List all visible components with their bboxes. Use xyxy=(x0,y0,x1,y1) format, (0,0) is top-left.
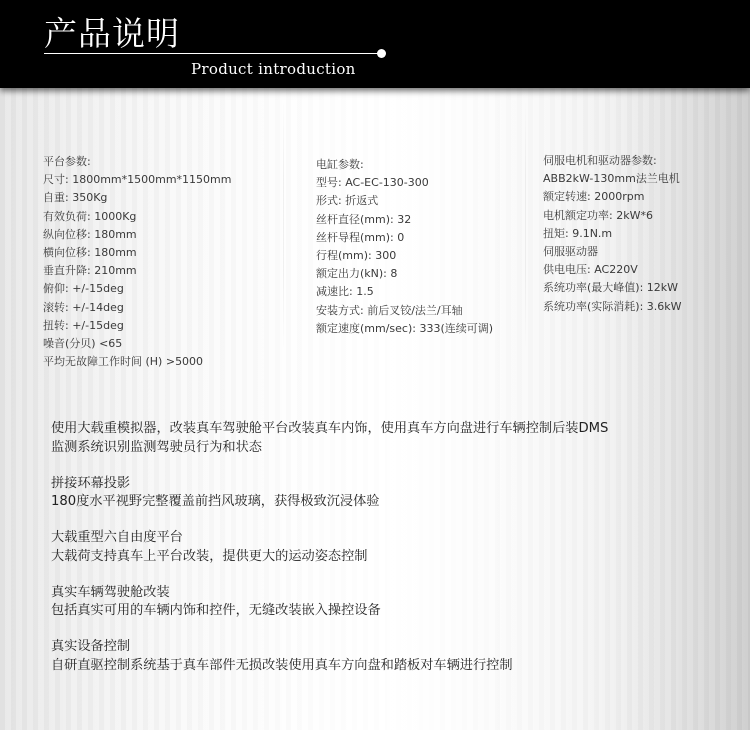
spec-heading: 电缸参数: xyxy=(316,156,493,174)
spec-item: 型号: AC-EC-130-300 xyxy=(316,174,493,192)
spec-item: 扭矩: 9.1N.m xyxy=(543,225,682,243)
feature-text: 180度水平视野完整覆盖前挡风玻璃，获得极致沉浸体验 xyxy=(51,493,608,512)
spec-item: 系统功率(实际消耗): 3.6kW xyxy=(543,298,682,316)
feature-text: 监测系统识别监测驾驶员行为和状态 xyxy=(51,439,608,458)
spec-item: 俯仰: +/-15deg xyxy=(43,280,231,298)
column-divider xyxy=(525,100,526,350)
spec-item: 尺寸: 1800mm*1500mm*1150mm xyxy=(43,171,231,189)
feature-title: 真实车辆驾驶舱改装 xyxy=(51,584,608,603)
underline-dot xyxy=(377,49,386,58)
servo-specs: 伺服电机和驱动器参数: ABB2kW-130mm法兰电机 额定转速: 2000r… xyxy=(543,152,682,316)
feature-block: 拼接环幕投影 180度水平视野完整覆盖前挡风玻璃，获得极致沉浸体验 xyxy=(51,475,608,512)
spec-item: 纵向位移: 180mm xyxy=(43,226,231,244)
column-divider xyxy=(283,100,284,350)
feature-text: 使用大载重模拟器，改装真车驾驶舱平台改装真车内饰，使用真车方向盘进行车辆控制后装… xyxy=(51,420,608,439)
title-underline xyxy=(44,53,382,54)
spec-item: 平均无故障工作时间 (H) >5000 xyxy=(43,353,231,371)
feature-block: 大载重型六自由度平台 大载荷支持真车上平台改装，提供更大的运动姿态控制 xyxy=(51,529,608,566)
spec-item: 噪音(分贝) <65 xyxy=(43,335,231,353)
spec-item: 横向位移: 180mm xyxy=(43,244,231,262)
spec-item: 额定转速: 2000rpm xyxy=(543,188,682,206)
feature-title: 真实设备控制 xyxy=(51,638,608,657)
spec-item: 减速比: 1.5 xyxy=(316,283,493,301)
feature-title: 大载重型六自由度平台 xyxy=(51,529,608,548)
spec-item: 系统功率(最大峰值): 12kW xyxy=(543,279,682,297)
feature-text: 大载荷支持真车上平台改装，提供更大的运动姿态控制 xyxy=(51,548,608,567)
header-banner: 产品说明 Product introduction xyxy=(0,0,750,88)
spec-item: 安装方式: 前后叉铰/法兰/耳轴 xyxy=(316,302,493,320)
platform-specs: 平台参数: 尺寸: 1800mm*1500mm*1150mm 自重: 350Kg… xyxy=(43,153,231,371)
actuator-specs: 电缸参数: 型号: AC-EC-130-300 形式: 折返式 丝杆直径(mm)… xyxy=(316,156,493,338)
spec-item: 电机额定功率: 2kW*6 xyxy=(543,207,682,225)
spec-item: 垂直升降: 210mm xyxy=(43,262,231,280)
spec-item: 额定速度(mm/sec): 333(连续可调) xyxy=(316,320,493,338)
spec-item: 伺服驱动器 xyxy=(543,243,682,261)
feature-text: 自研直驱控制系统基于真车部件无损改装使用真车方向盘和踏板对车辆进行控制 xyxy=(51,657,608,676)
spec-item: 丝杆导程(mm): 0 xyxy=(316,229,493,247)
spec-item: 供电电压: AC220V xyxy=(543,261,682,279)
spec-item: 扭转: +/-15deg xyxy=(43,317,231,335)
spec-item: 形式: 折返式 xyxy=(316,192,493,210)
spec-item: ABB2kW-130mm法兰电机 xyxy=(543,170,682,188)
feature-block: 真实车辆驾驶舱改装 包括真实可用的车辆内饰和控件，无缝改装嵌入操控设备 xyxy=(51,584,608,621)
feature-block: 使用大载重模拟器，改装真车驾驶舱平台改装真车内饰，使用真车方向盘进行车辆控制后装… xyxy=(51,420,608,457)
spec-heading: 平台参数: xyxy=(43,153,231,171)
feature-list: 使用大载重模拟器，改装真车驾驶舱平台改装真车内饰，使用真车方向盘进行车辆控制后装… xyxy=(51,420,608,693)
spec-item: 丝杆直径(mm): 32 xyxy=(316,211,493,229)
spec-heading: 伺服电机和驱动器参数: xyxy=(543,152,682,170)
feature-block: 真实设备控制 自研直驱控制系统基于真车部件无损改装使用真车方向盘和踏板对车辆进行… xyxy=(51,638,608,675)
feature-title: 拼接环幕投影 xyxy=(51,475,608,494)
spec-item: 滚转: +/-14deg xyxy=(43,299,231,317)
spec-item: 有效负荷: 1000Kg xyxy=(43,208,231,226)
spec-item: 行程(mm): 300 xyxy=(316,247,493,265)
spec-item: 额定出力(kN): 8 xyxy=(316,265,493,283)
spec-item: 自重: 350Kg xyxy=(43,189,231,207)
feature-text: 包括真实可用的车辆内饰和控件，无缝改装嵌入操控设备 xyxy=(51,602,608,621)
page-subtitle: Product introduction xyxy=(191,60,356,78)
page-title: 产品说明 xyxy=(44,8,180,55)
